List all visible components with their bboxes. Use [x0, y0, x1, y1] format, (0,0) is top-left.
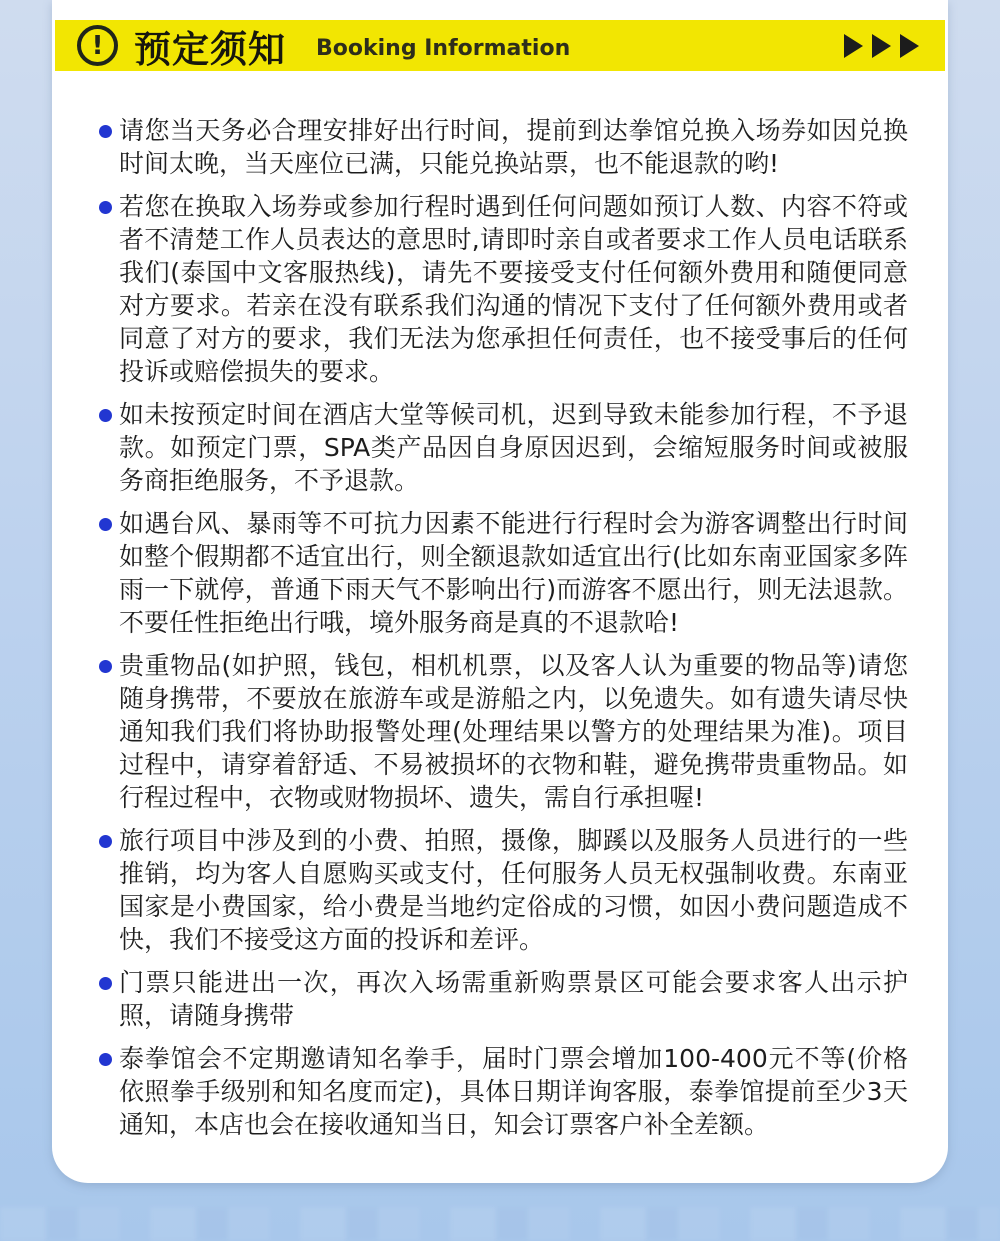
page-subtitle: Booking Information	[316, 36, 570, 61]
notice-item: 如遇台风、暴雨等不可抗力因素不能进行行程时会为游客调整出行时间如整个假期都不适宜…	[99, 507, 908, 639]
notice-item: 贵重物品(如护照，钱包，相机机票，以及客人认为重要的物品等)请您随身携带，不要放…	[99, 649, 908, 814]
bullet-dot-icon	[99, 660, 112, 673]
booking-info-header: ! 预定须知 Booking Information	[55, 20, 945, 71]
notice-item: 泰拳馆会不定期邀请知名拳手，届时门票会增加100-400元不等(价格依照拳手级别…	[99, 1042, 908, 1141]
notice-item: 若您在换取入场券或参加行程时遇到任何问题如预订人数、内容不符或者不清楚工作人员表…	[99, 190, 908, 388]
bullet-dot-icon	[99, 201, 112, 214]
right-arrow-icon	[900, 34, 919, 58]
triple-right-arrow-icon	[844, 34, 919, 58]
bullet-dot-icon	[99, 977, 112, 990]
notice-item: 旅行项目中涉及到的小费、拍照，摄像，脚蹊以及服务人员进行的一些推销，均为客人自愿…	[99, 824, 908, 956]
notice-text: 门票只能进出一次，再次入场需重新购票景区可能会要求客人出示护照，请随身携带	[119, 966, 908, 1032]
page-title: 预定须知	[134, 19, 286, 73]
bullet-dot-icon	[99, 409, 112, 422]
notice-text: 贵重物品(如护照，钱包，相机机票，以及客人认为重要的物品等)请您随身携带，不要放…	[119, 649, 908, 814]
bullet-dot-icon	[99, 518, 112, 531]
bullet-dot-icon	[99, 1053, 112, 1066]
right-arrow-icon	[872, 34, 891, 58]
notice-text: 如未按预定时间在酒店大堂等候司机，迟到导致未能参加行程，不予退款。如预定门票，S…	[119, 398, 908, 497]
booking-information-page: { "header": { "title": "预定须知", "subtitle…	[0, 0, 1000, 1241]
notice-text: 如遇台风、暴雨等不可抗力因素不能进行行程时会为游客调整出行时间如整个假期都不适宜…	[119, 507, 908, 639]
notice-text: 旅行项目中涉及到的小费、拍照，摄像，脚蹊以及服务人员进行的一些推销，均为客人自愿…	[119, 824, 908, 956]
exclamation-glyph: !	[92, 33, 104, 59]
notice-text: 若您在换取入场券或参加行程时遇到任何问题如预订人数、内容不符或者不清楚工作人员表…	[119, 190, 908, 388]
notice-item: 请您当天务必合理安排好出行时间，提前到达拳馆兑换入场券如因兑换时间太晚，当天座位…	[99, 114, 908, 180]
notice-card: ! 预定须知 Booking Information 请您当天务必合理安排好出行…	[52, 0, 948, 1183]
bullet-dot-icon	[99, 835, 112, 848]
right-arrow-icon	[844, 34, 863, 58]
bullet-dot-icon	[99, 125, 112, 138]
exclamation-circle-icon: !	[77, 25, 118, 66]
notice-list: 请您当天务必合理安排好出行时间，提前到达拳馆兑换入场券如因兑换时间太晚，当天座位…	[99, 114, 908, 1151]
notice-text: 泰拳馆会不定期邀请知名拳手，届时门票会增加100-400元不等(价格依照拳手级别…	[119, 1042, 908, 1141]
background-watermark-pattern	[0, 1207, 1000, 1241]
notice-item: 如未按预定时间在酒店大堂等候司机，迟到导致未能参加行程，不予退款。如预定门票，S…	[99, 398, 908, 497]
notice-text: 请您当天务必合理安排好出行时间，提前到达拳馆兑换入场券如因兑换时间太晚，当天座位…	[119, 114, 908, 180]
notice-item: 门票只能进出一次，再次入场需重新购票景区可能会要求客人出示护照，请随身携带	[99, 966, 908, 1032]
